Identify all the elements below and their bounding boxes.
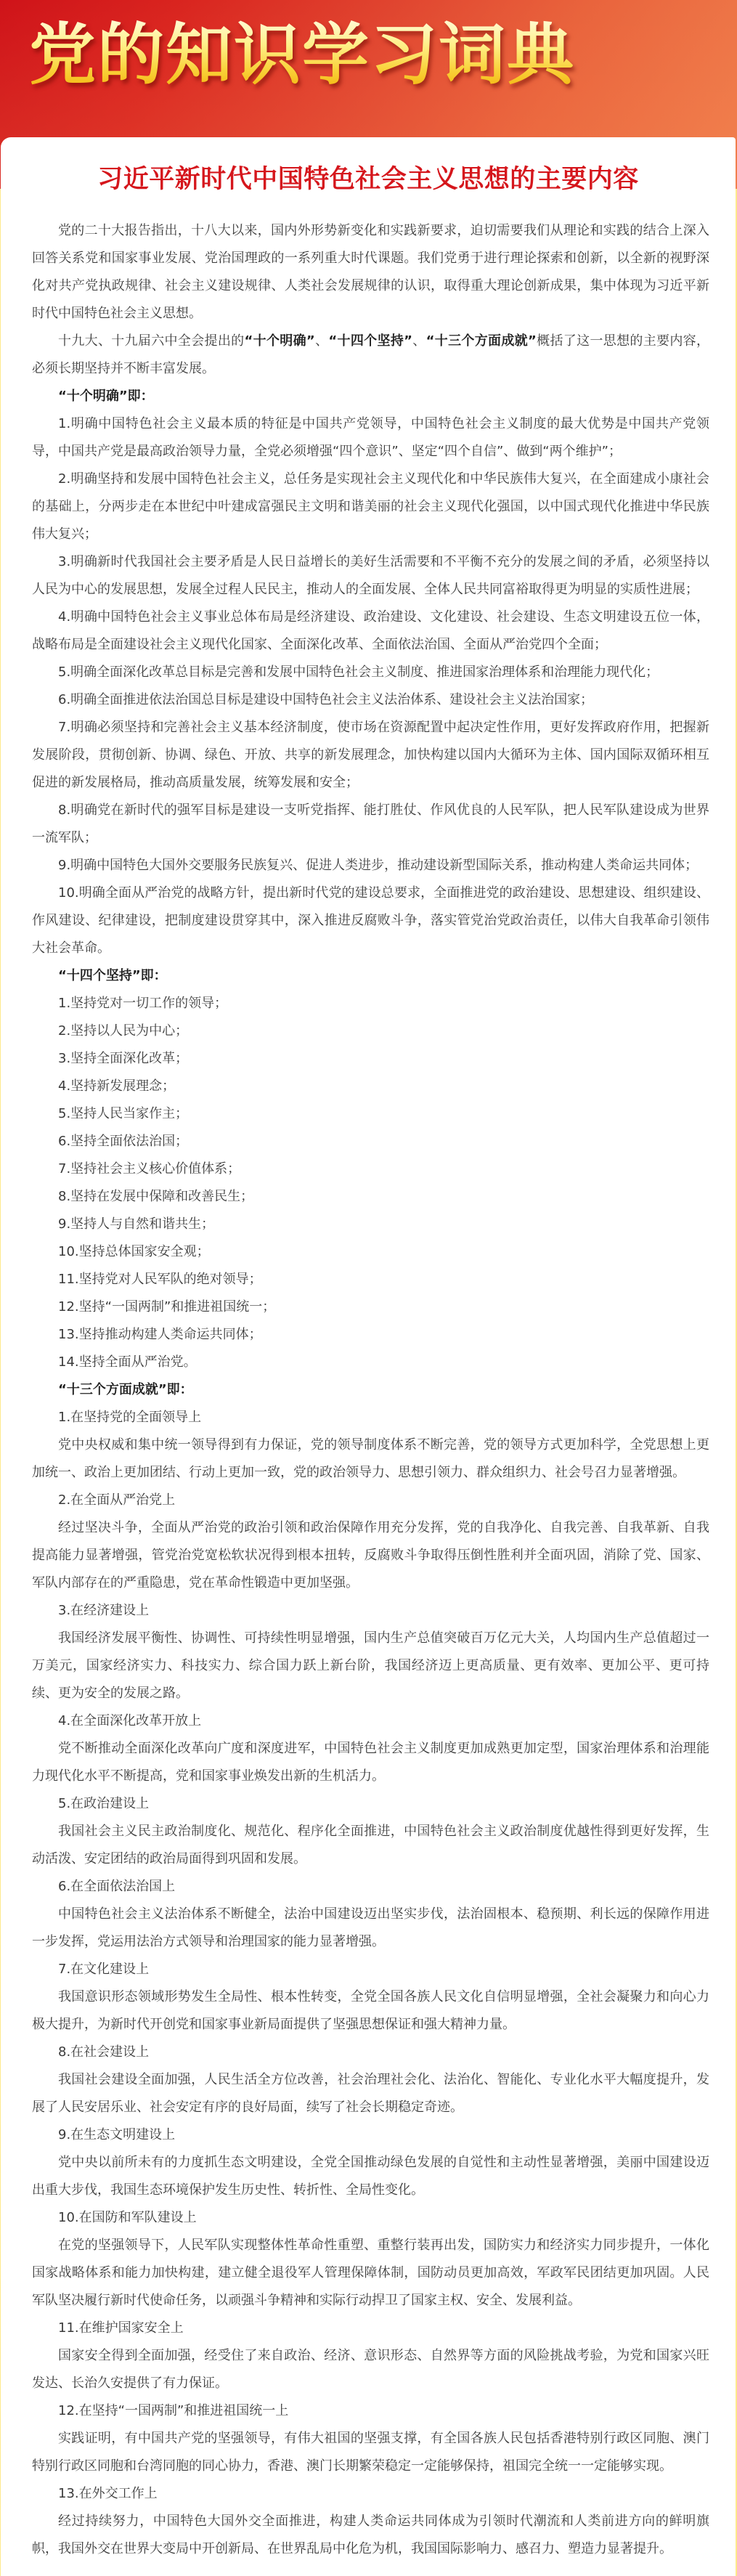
- adherence-item: 9.坚持人与自然和谐共生；: [32, 1211, 709, 1238]
- achievement-title: 7.在文化建设上: [32, 1956, 709, 1983]
- achievement-content: 国家安全得到全面加强，经受住了来自政治、经济、意识形态、自然界等方面的风险挑战考…: [32, 2342, 709, 2397]
- article-body: 党的二十大报告指出，十八大以来，国内外形势新变化和实践新要求，迫切需要我们从理论…: [1, 217, 736, 2563]
- clarification-item: 6.明确全面推进依法治国总目标是建设中国特色社会主义法治体系、建设社会主义法治国…: [32, 686, 709, 714]
- achievement-title: 10.在国防和军队建设上: [32, 2204, 709, 2232]
- adherence-item: 14.坚持全面从严治党。: [32, 1349, 709, 1376]
- achievement-title: 9.在生态文明建设上: [32, 2121, 709, 2149]
- adherence-item: 10.坚持总体国家安全观；: [32, 1238, 709, 1266]
- achievement-title: 1.在坚持党的全面领导上: [32, 1404, 709, 1431]
- achievement-content: 我国意识形态领域形势发生全局性、根本性转变，全党全国各族人民文化自信明显增强，全…: [32, 1983, 709, 2039]
- clarification-item: 8.明确党在新时代的强军目标是建设一支听党指挥、能打胜仗、作风优良的人民军队，把…: [32, 797, 709, 852]
- banner-title: 党的知识学习词典: [29, 19, 575, 92]
- adherence-item: 3.坚持全面深化改革；: [32, 1045, 709, 1073]
- achievement-title: 8.在社会建设上: [32, 2039, 709, 2066]
- achievement-title: 5.在政治建设上: [32, 1790, 709, 1818]
- summary-bold-thirteen-achievements: “十三个方面成就”: [426, 333, 537, 349]
- achievement-title: 12.在坚持“一国两制”和推进祖国统一上: [32, 2397, 709, 2425]
- achievement-title: 2.在全面从严治党上: [32, 1487, 709, 1514]
- clarification-item: 10.明确全面从严治党的战略方针，提出新时代党的建设总要求，全面推进党的政治建设…: [32, 879, 709, 962]
- achievement-title: 13.在外交工作上: [32, 2480, 709, 2508]
- achievement-title: 11.在维护国家安全上: [32, 2315, 709, 2342]
- clarification-item: 5.明确全面深化改革总目标是完善和发展中国特色社会主义制度、推进国家治理体系和治…: [32, 659, 709, 686]
- achievement-content: 党中央以前所未有的力度抓生态文明建设，全党全国推动绿色发展的自觉性和主动性显著增…: [32, 2149, 709, 2204]
- achievement-title: 6.在全面依法治国上: [32, 1873, 709, 1901]
- achievement-title: 3.在经济建设上: [32, 1597, 709, 1625]
- achievement-content: 经过持续努力，中国特色大国外交全面推进，构建人类命运共同体成为引领时代潮流和人类…: [32, 2508, 709, 2563]
- clarification-item: 1.明确中国特色社会主义最本质的特征是中国共产党领导，中国特色社会主义制度的最大…: [32, 410, 709, 466]
- achievement-content: 我国经济发展平衡性、协调性、可持续性明显增强，国内生产总值突破百万亿元大关，人均…: [32, 1625, 709, 1707]
- clarification-item: 9.明确中国特色大国外交要服务民族复兴、促进人类进步，推动建设新型国际关系，推动…: [32, 852, 709, 879]
- achievement-content: 中国特色社会主义法治体系不断健全，法治中国建设迈出坚实步伐，法治固根本、稳预期、…: [32, 1901, 709, 1956]
- adherence-item: 5.坚持人民当家作主；: [32, 1100, 709, 1128]
- section-heading-ten-clarifications: “十个明确”即：: [32, 383, 709, 410]
- achievement-title: 4.在全面深化改革开放上: [32, 1707, 709, 1735]
- summary-paragraph: 十九大、十九届六中全会提出的“十个明确”、“十四个坚持”、“十三个方面成就”概括…: [32, 328, 709, 383]
- clarification-item: 2.明确坚持和发展中国特色社会主义，总任务是实现社会主义现代化和中华民族伟大复兴…: [32, 466, 709, 548]
- summary-text-before: 十九大、十九届六中全会提出的: [58, 333, 244, 349]
- article-card: 习近平新时代中国特色社会主义思想的主要内容 党的二十大报告指出，十八大以来，国内…: [1, 137, 736, 2576]
- achievement-content: 在党的坚强领导下，人民军队实现整体性革命性重塑、重整行装再出发，国防实力和经济实…: [32, 2232, 709, 2315]
- clarification-item: 3.明确新时代我国社会主要矛盾是人民日益增长的美好生活需要和不平衡不充分的发展之…: [32, 548, 709, 604]
- clarification-item: 4.明确中国特色社会主义事业总体布局是经济建设、政治建设、文化建设、社会建设、生…: [32, 604, 709, 659]
- intro-paragraph: 党的二十大报告指出，十八大以来，国内外形势新变化和实践新要求，迫切需要我们从理论…: [32, 217, 709, 328]
- adherence-item: 6.坚持全面依法治国；: [32, 1128, 709, 1155]
- clarification-item: 7.明确必须坚持和完善社会主义基本经济制度，使市场在资源配置中起决定性作用，更好…: [32, 714, 709, 797]
- page: 党的知识学习词典 习近平新时代中国特色社会主义思想的主要内容 党的二十大报告指出…: [0, 0, 737, 2576]
- adherence-item: 8.坚持在发展中保障和改善民生；: [32, 1183, 709, 1211]
- adherence-item: 4.坚持新发展理念；: [32, 1073, 709, 1100]
- summary-separator: 、: [315, 333, 329, 349]
- adherence-item: 13.坚持推动构建人类命运共同体；: [32, 1321, 709, 1349]
- achievement-content: 我国社会主义民主政治制度化、规范化、程序化全面推进，中国特色社会主义政治制度优越…: [32, 1818, 709, 1873]
- summary-bold-fourteen-adherences: “十四个坚持”: [328, 333, 412, 349]
- article-title: 习近平新时代中国特色社会主义思想的主要内容: [1, 165, 736, 194]
- summary-separator: 、: [412, 333, 426, 349]
- adherence-item: 1.坚持党对一切工作的领导；: [32, 990, 709, 1017]
- adherence-item: 12.坚持“一国两制”和推进祖国统一；: [32, 1293, 709, 1321]
- achievement-content: 党中央权威和集中统一领导得到有力保证，党的领导制度体系不断完善，党的领导方式更加…: [32, 1431, 709, 1487]
- section-heading-fourteen-adherences: “十四个坚持”即：: [32, 962, 709, 990]
- achievement-content: 经过坚决斗争，全面从严治党的政治引领和政治保障作用充分发挥，党的自我净化、自我完…: [32, 1514, 709, 1597]
- summary-bold-ten-clarifications: “十个明确”: [244, 333, 314, 349]
- achievement-content: 党不断推动全面深化改革向广度和深度进军，中国特色社会主义制度更加成熟更加定型，国…: [32, 1735, 709, 1790]
- adherence-item: 7.坚持社会主义核心价值体系；: [32, 1155, 709, 1183]
- adherence-item: 11.坚持党对人民军队的绝对领导；: [32, 1266, 709, 1293]
- adherence-item: 2.坚持以人民为中心；: [32, 1017, 709, 1045]
- achievement-content: 实践证明，有中国共产党的坚强领导，有伟大祖国的坚强支撑，有全国各族人民包括香港特…: [32, 2425, 709, 2480]
- section-heading-thirteen-achievements: “十三个方面成就”即：: [32, 1376, 709, 1404]
- achievement-content: 我国社会建设全面加强，人民生活全方位改善，社会治理社会化、法治化、智能化、专业化…: [32, 2066, 709, 2121]
